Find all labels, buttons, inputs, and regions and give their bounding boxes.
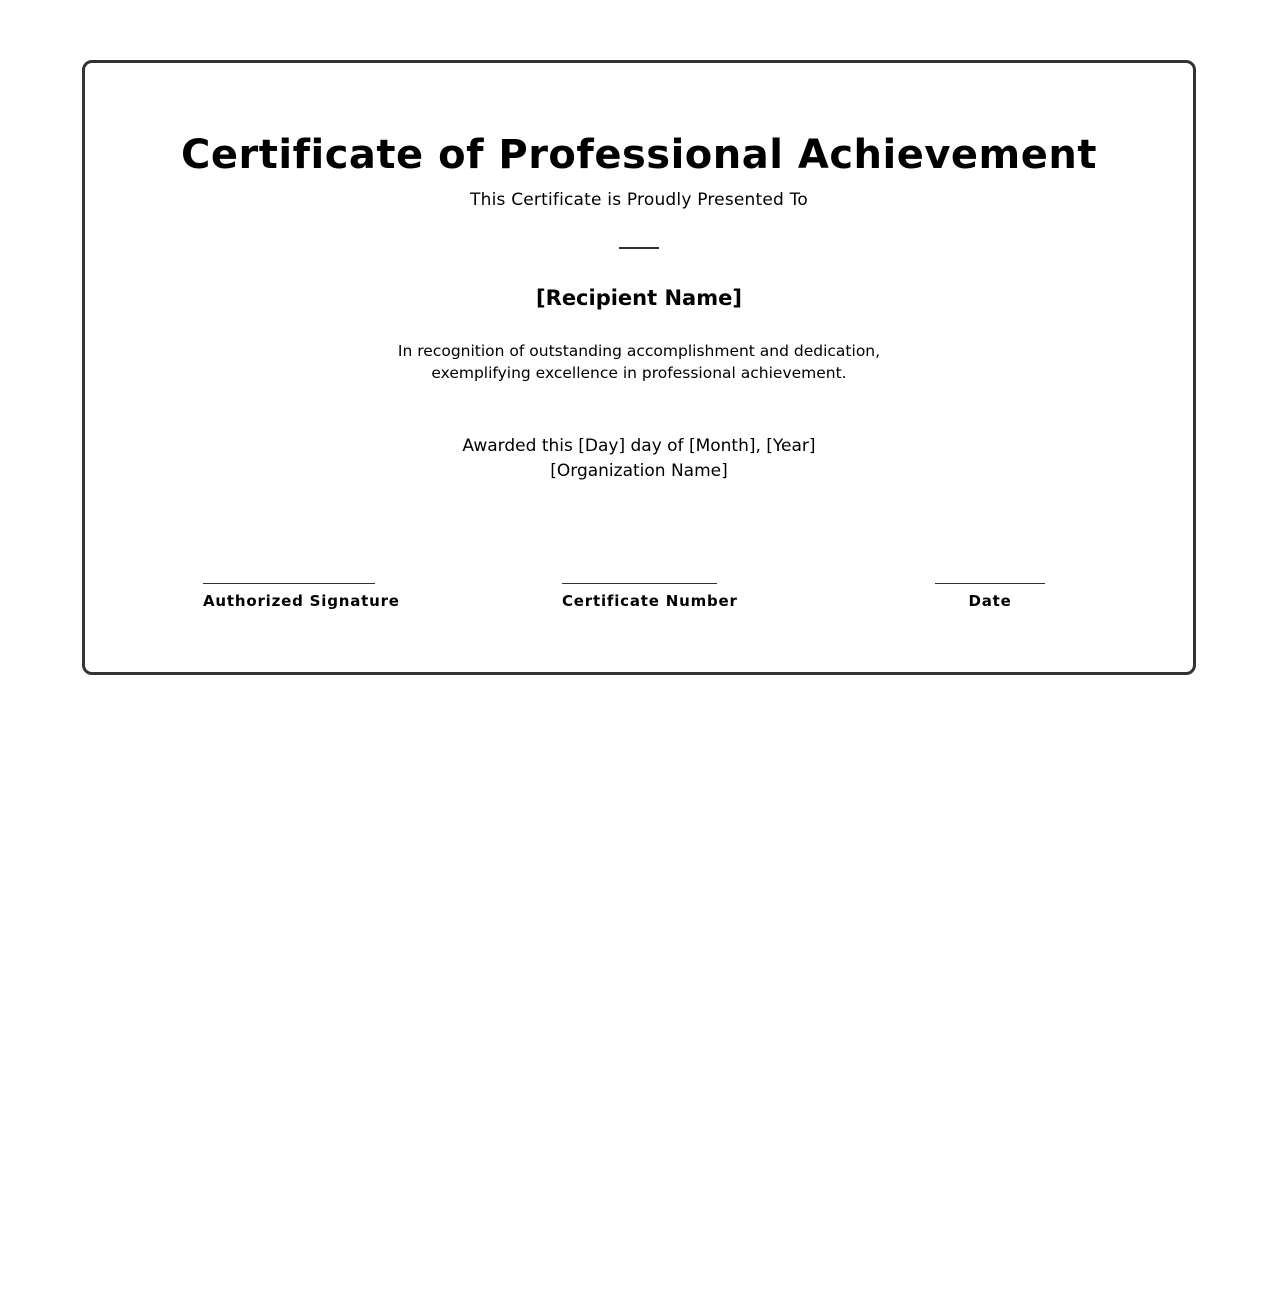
recognition-text: In recognition of outstanding accomplish… <box>85 340 1193 384</box>
certificate-card: Certificate of Professional Achievement … <box>82 60 1196 675</box>
signature-block-date: Date <box>935 583 1045 610</box>
signature-line <box>203 583 375 584</box>
recognition-line: In recognition of outstanding accomplish… <box>85 340 1193 362</box>
signature-line <box>562 583 717 584</box>
signature-block-authorized: Authorized Signature <box>203 583 375 610</box>
certificate-title: Certificate of Professional Achievement <box>85 127 1193 183</box>
signature-label: Date <box>935 592 1045 610</box>
title-divider <box>619 247 659 249</box>
award-details: Awarded this [Day] day of [Month], [Year… <box>85 434 1193 484</box>
organization-name: [Organization Name] <box>85 459 1193 484</box>
signature-line <box>935 583 1045 584</box>
signature-block-certificate-number: Certificate Number <box>562 583 717 610</box>
certificate-subtitle: This Certificate is Proudly Presented To <box>85 188 1193 212</box>
awarded-date-line: Awarded this [Day] day of [Month], [Year… <box>85 434 1193 459</box>
recognition-line: exemplifying excellence in professional … <box>85 362 1193 384</box>
recipient-name: [Recipient Name] <box>85 283 1193 313</box>
signature-label: Authorized Signature <box>203 592 375 610</box>
signature-label: Certificate Number <box>562 592 717 610</box>
